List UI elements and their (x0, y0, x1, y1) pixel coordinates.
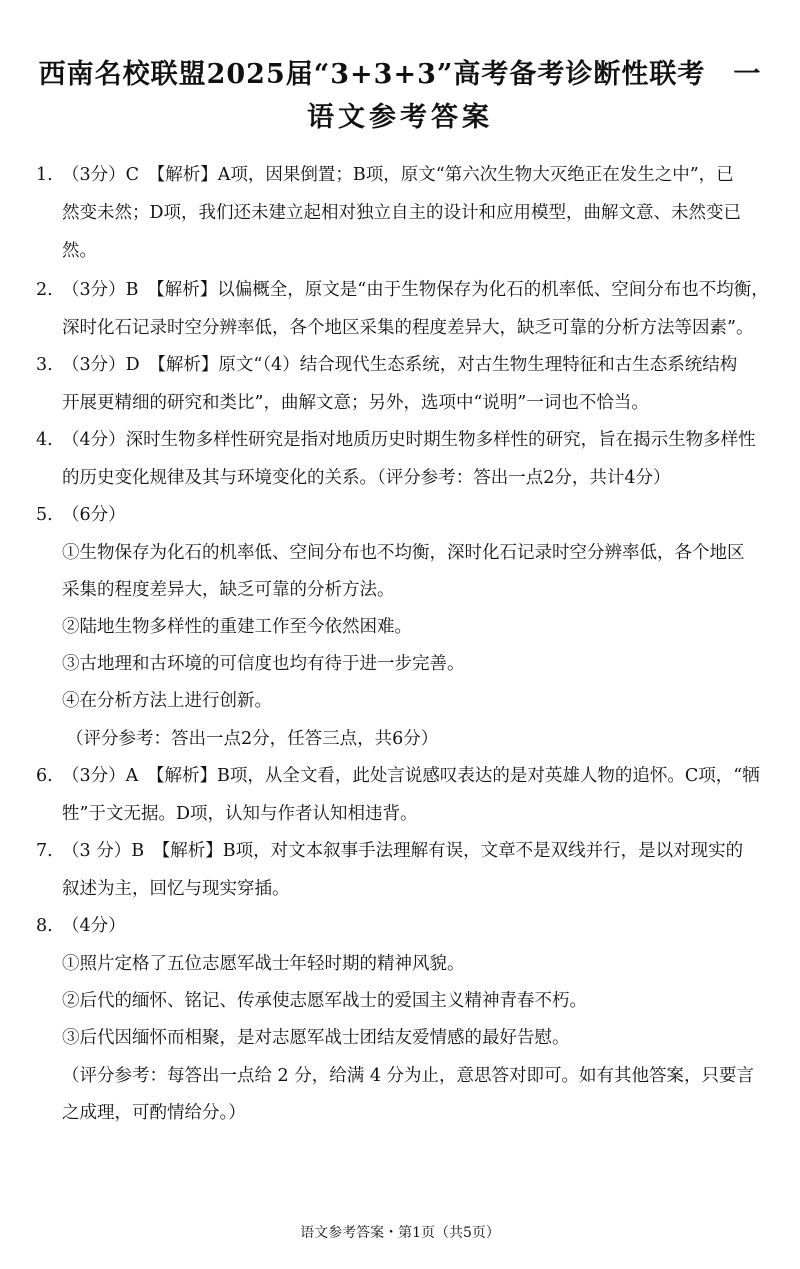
answer-text: （6分） (62, 505, 126, 525)
question-number: 8. (36, 914, 62, 938)
answer-text: （3分）B 【解析】以偏概全，原文是“由于生物保存为化石的机率低、空间分布也不均… (62, 280, 769, 300)
question-number: 7. (36, 839, 62, 863)
question-number: 3. (36, 353, 62, 377)
answer-text: 深时化石记录时空分辨率低，各个地区采集的程度差异大，缺乏可靠的分析方法等因素”。 (62, 316, 753, 340)
answer-text: 叙述为主，回忆与现实穿插。 (62, 877, 290, 901)
answer-point-3: ③古地理和古环境的可信度也均有待于进一步完善。 (62, 652, 465, 676)
answer-point-1: ①生物保存为化石的机率低、空间分布也不均衡，深时化石记录时空分辨率低，各个地区 (62, 541, 745, 565)
scoring-note-cont: 之成理，可酌情给分。） (62, 1101, 246, 1125)
document-subtitle: 语文参考答案 (0, 95, 800, 134)
answer-text: （4分） (62, 916, 126, 936)
question-number: 2. (36, 278, 62, 302)
answer-text: 的历史变化规律及其与环境变化的关系。（评分参考：答出一点2分，共计4分） (62, 466, 671, 490)
answer-text: （4分）深时生物多样性研究是指对地质历史时期生物多样性的研究，旨在揭示生物多样性 (62, 430, 756, 450)
answer-point-1-cont: 采集的程度差异大，缺乏可靠的分析方法。 (62, 578, 395, 602)
answer-text: （3分）A 【解析】B项，从全文看，此处言说感叹表达的是对英雄人物的追怀。C项，… (62, 766, 760, 786)
page-footer: 语文参考答案・第1页（共5页） (0, 1222, 800, 1242)
answer-key-page: 西南名校联盟2025届“3+3+3”高考备考诊断性联考 一 语文参考答案 1.（… (0, 0, 800, 1269)
question-number: 1. (36, 163, 62, 187)
question-number: 6. (36, 764, 62, 788)
answer-text: 然。 (62, 239, 97, 263)
answer-point-3: ③后代因缅怀而相聚，是对志愿军战士团结友爱情感的最好告慰。 (62, 1026, 570, 1050)
answer-text: （3分）D 【解析】原文“（4）结合现代生态系统，对古生物生理特征和古生态系统结… (62, 355, 737, 375)
answer-text: （3 分）B 【解析】B项，对文本叙事手法理解有误，文章不是双线并行，是以对现实… (62, 841, 743, 861)
answer-text: （3分）C 【解析】A项，因果倒置；B项，原文“第六次生物大灭绝正在发生之中”，… (62, 165, 734, 185)
scoring-note: （评分参考：每答出一点给 2 分，给满 4 分为止，意思答对即可。如有其他答案，… (62, 1064, 754, 1088)
answer-point-4: ④在分析方法上进行创新。 (62, 689, 272, 713)
answer-text: 牲”于文无据。D项，认知与作者认知相违背。 (62, 802, 417, 826)
answer-text: 开展更精细的研究和类比”，曲解文意；另外，选项中“说明”一词也不恰当。 (62, 391, 649, 415)
document-title: 西南名校联盟2025届“3+3+3”高考备考诊断性联考 一 (0, 52, 800, 91)
answer-point-2: ②后代的缅怀、铭记、传承使志愿军战士的爱国主义精神青春不朽。 (62, 989, 587, 1013)
scoring-note: （评分参考：答出一点2分，任答三点，共6分） (66, 727, 438, 751)
answer-text: 然变未然；D项，我们还未建立起相对独立自主的设计和应用模型，曲解文意、未然变已 (62, 201, 741, 225)
question-number: 5. (36, 503, 62, 527)
question-number: 4. (36, 428, 62, 452)
answer-point-1: ①照片定格了五位志愿军战士年轻时期的精神风貌。 (62, 952, 465, 976)
answer-point-2: ②陆地生物多样性的重建工作至今依然困难。 (62, 615, 412, 639)
